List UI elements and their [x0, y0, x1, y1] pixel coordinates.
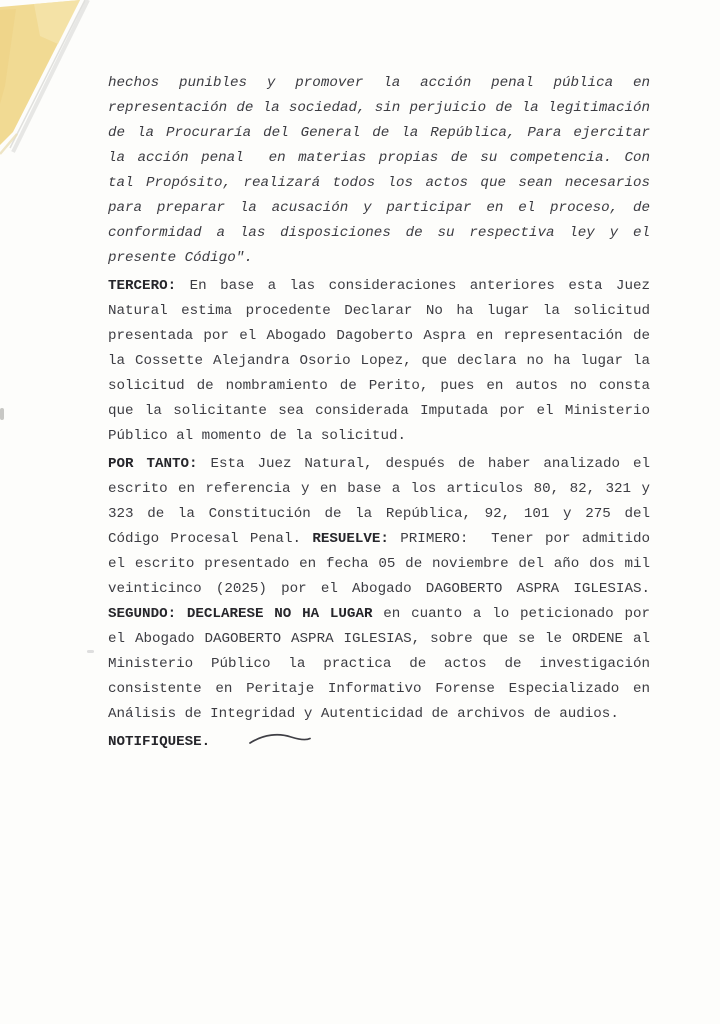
paragraphs: hechos punibles y promover la acción pen…: [108, 71, 650, 727]
text-line: la Cossette Alejandra Osorio Lopez, que …: [108, 349, 650, 374]
text-line: de la Procuraría del General de la Repúb…: [108, 121, 650, 146]
bold-run: RESUELVE:: [312, 531, 389, 547]
document-body: hechos punibles y promover la acción pen…: [108, 71, 650, 755]
text-run: presente Código".: [108, 250, 253, 266]
text-run: conformidad a las disposiciones de su re…: [108, 225, 650, 241]
text-run: Código Procesal Penal.: [108, 531, 312, 547]
text-line: que la solicitante sea considerada Imput…: [108, 399, 650, 424]
text-run: el escrito presentado en fecha 05 de nov…: [108, 556, 650, 572]
text-run: presentada por el Abogado Dagoberto Aspr…: [108, 328, 650, 344]
text-line: Código Procesal Penal. RESUELVE: PRIMERO…: [108, 527, 650, 552]
text-run: tal Propósito, realizará todos los actos…: [108, 175, 650, 191]
text-line: representación de la sociedad, sin perju…: [108, 96, 650, 121]
text-run: para preparar la acusación y participar …: [108, 200, 650, 216]
text-line: el escrito presentado en fecha 05 de nov…: [108, 552, 650, 577]
bold-run: POR TANTO:: [108, 456, 198, 472]
text-line: conformidad a las disposiciones de su re…: [108, 221, 650, 246]
text-run: solicitud de nombramiento de Perito, pue…: [108, 378, 650, 394]
text-line: solicitud de nombramiento de Perito, pue…: [108, 374, 650, 399]
scanned-page: hechos punibles y promover la acción pen…: [0, 0, 720, 1024]
text-run: hechos punibles y promover la acción pen…: [108, 75, 650, 91]
paragraph-quoted-code-excerpt: hechos punibles y promover la acción pen…: [108, 71, 650, 271]
text-line: consistente en Peritaje Informativo Fore…: [108, 677, 650, 702]
scan-artifact: [87, 650, 94, 653]
text-line: la acción penal en materias propias de s…: [108, 146, 650, 171]
closing-line: NOTIFIQUESE.: [108, 730, 650, 755]
text-line: escrito en referencia y en base a los ar…: [108, 477, 650, 502]
text-line: Ministerio Público la practica de actos …: [108, 652, 650, 677]
text-line: el Abogado DAGOBERTO ASPRA IGLESIAS, sob…: [108, 627, 650, 652]
text-line: 323 de la Constitución de la República, …: [108, 502, 650, 527]
notifiquese-text: NOTIFIQUESE.: [108, 734, 210, 750]
text-line: presente Código".: [108, 246, 650, 271]
text-line: TERCERO: En base a las consideraciones a…: [108, 274, 650, 299]
text-line: presentada por el Abogado Dagoberto Aspr…: [108, 324, 650, 349]
text-run: veinticinco (2025) por el Abogado DAGOBE…: [108, 581, 650, 597]
text-line: Análisis de Integridad y Autenticidad de…: [108, 702, 650, 727]
text-line: hechos punibles y promover la acción pen…: [108, 71, 650, 96]
pen-flourish-icon: [248, 732, 312, 748]
bold-run: TERCERO:: [108, 278, 176, 294]
text-run: la Cossette Alejandra Osorio Lopez, que …: [108, 353, 650, 369]
scan-artifact: [0, 408, 4, 420]
paragraph-tercero: TERCERO: En base a las consideraciones a…: [108, 274, 650, 449]
text-run: Natural estima procedente Declarar No ha…: [108, 303, 650, 319]
text-run: que la solicitante sea considerada Imput…: [108, 403, 650, 419]
text-run: el Abogado DAGOBERTO ASPRA IGLESIAS, sob…: [108, 631, 650, 647]
text-run: en cuanto a lo peticionado por: [372, 606, 650, 622]
text-line: Público al momento de la solicitud.: [108, 424, 650, 449]
paragraph-por-tanto-resuelve: POR TANTO: Esta Juez Natural, después de…: [108, 452, 650, 727]
text-run: Público al momento de la solicitud.: [108, 428, 406, 444]
text-run: En base a las consideraciones anteriores…: [176, 278, 650, 294]
text-run: Análisis de Integridad y Autenticidad de…: [108, 706, 619, 722]
text-run: Esta Juez Natural, después de haber anal…: [198, 456, 650, 472]
text-line: POR TANTO: Esta Juez Natural, después de…: [108, 452, 650, 477]
text-line: tal Propósito, realizará todos los actos…: [108, 171, 650, 196]
text-run: de la Procuraría del General de la Repúb…: [108, 125, 650, 141]
text-run: PRIMERO: Tener por admitido: [389, 531, 650, 547]
text-run: Ministerio Público la practica de actos …: [108, 656, 650, 672]
text-run: la acción penal en materias propias de s…: [108, 150, 650, 166]
text-line: SEGUNDO: DECLARESE NO HA LUGAR en cuanto…: [108, 602, 650, 627]
text-line: para preparar la acusación y participar …: [108, 196, 650, 221]
bold-run: SEGUNDO: DECLARESE NO HA LUGAR: [108, 606, 372, 622]
text-line: veinticinco (2025) por el Abogado DAGOBE…: [108, 577, 650, 602]
text-run: 323 de la Constitución de la República, …: [108, 506, 650, 522]
text-run: representación de la sociedad, sin perju…: [108, 100, 650, 116]
text-line: Natural estima procedente Declarar No ha…: [108, 299, 650, 324]
text-run: consistente en Peritaje Informativo Fore…: [108, 681, 650, 697]
text-run: escrito en referencia y en base a los ar…: [108, 481, 650, 497]
